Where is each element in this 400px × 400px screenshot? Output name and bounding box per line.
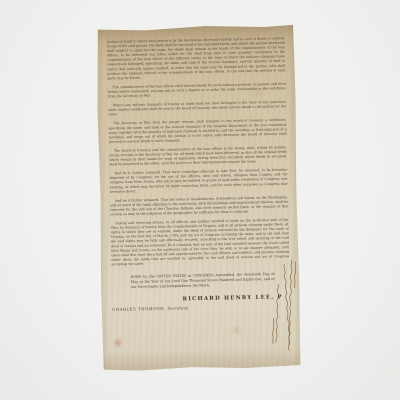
body-paragraph: The Secretary at War, from the proper re… <box>108 118 286 144</box>
body-paragraph: And be it further ordained, That three t… <box>109 168 287 194</box>
handwriting-annotation <box>268 258 300 365</box>
page-text-column: portion of lands to which such person is… <box>107 36 292 360</box>
secretary-signature: CHARLES THOMSON, Secretary. <box>112 303 290 311</box>
body-paragraph: Where any military claimants of bounty i… <box>108 100 286 117</box>
body-paragraph: Saving and reserving always, to all offi… <box>110 218 289 267</box>
body-paragraph: portion of lands to which such person is… <box>107 36 286 81</box>
secretary-title: Secretary. <box>167 306 189 311</box>
body-paragraph: And be it further ordained, That the tow… <box>110 195 288 217</box>
secretary-name: CHARLES THOMSON, <box>112 306 165 312</box>
body-paragraph: The board of treasury, and the commissio… <box>109 145 287 167</box>
president-signature: RICHARD HENRY LEE, P <box>112 293 290 303</box>
photo-background: portion of lands to which such person is… <box>0 0 400 400</box>
body-paragraph: The commissioners of the loan offices sh… <box>108 82 286 99</box>
president-name: RICHARD HENRY LEE, <box>183 294 275 302</box>
done-clause: DONE by the UNITED STATES in CONGRESS As… <box>131 271 275 289</box>
document-paper: portion of lands to which such person is… <box>95 24 301 372</box>
